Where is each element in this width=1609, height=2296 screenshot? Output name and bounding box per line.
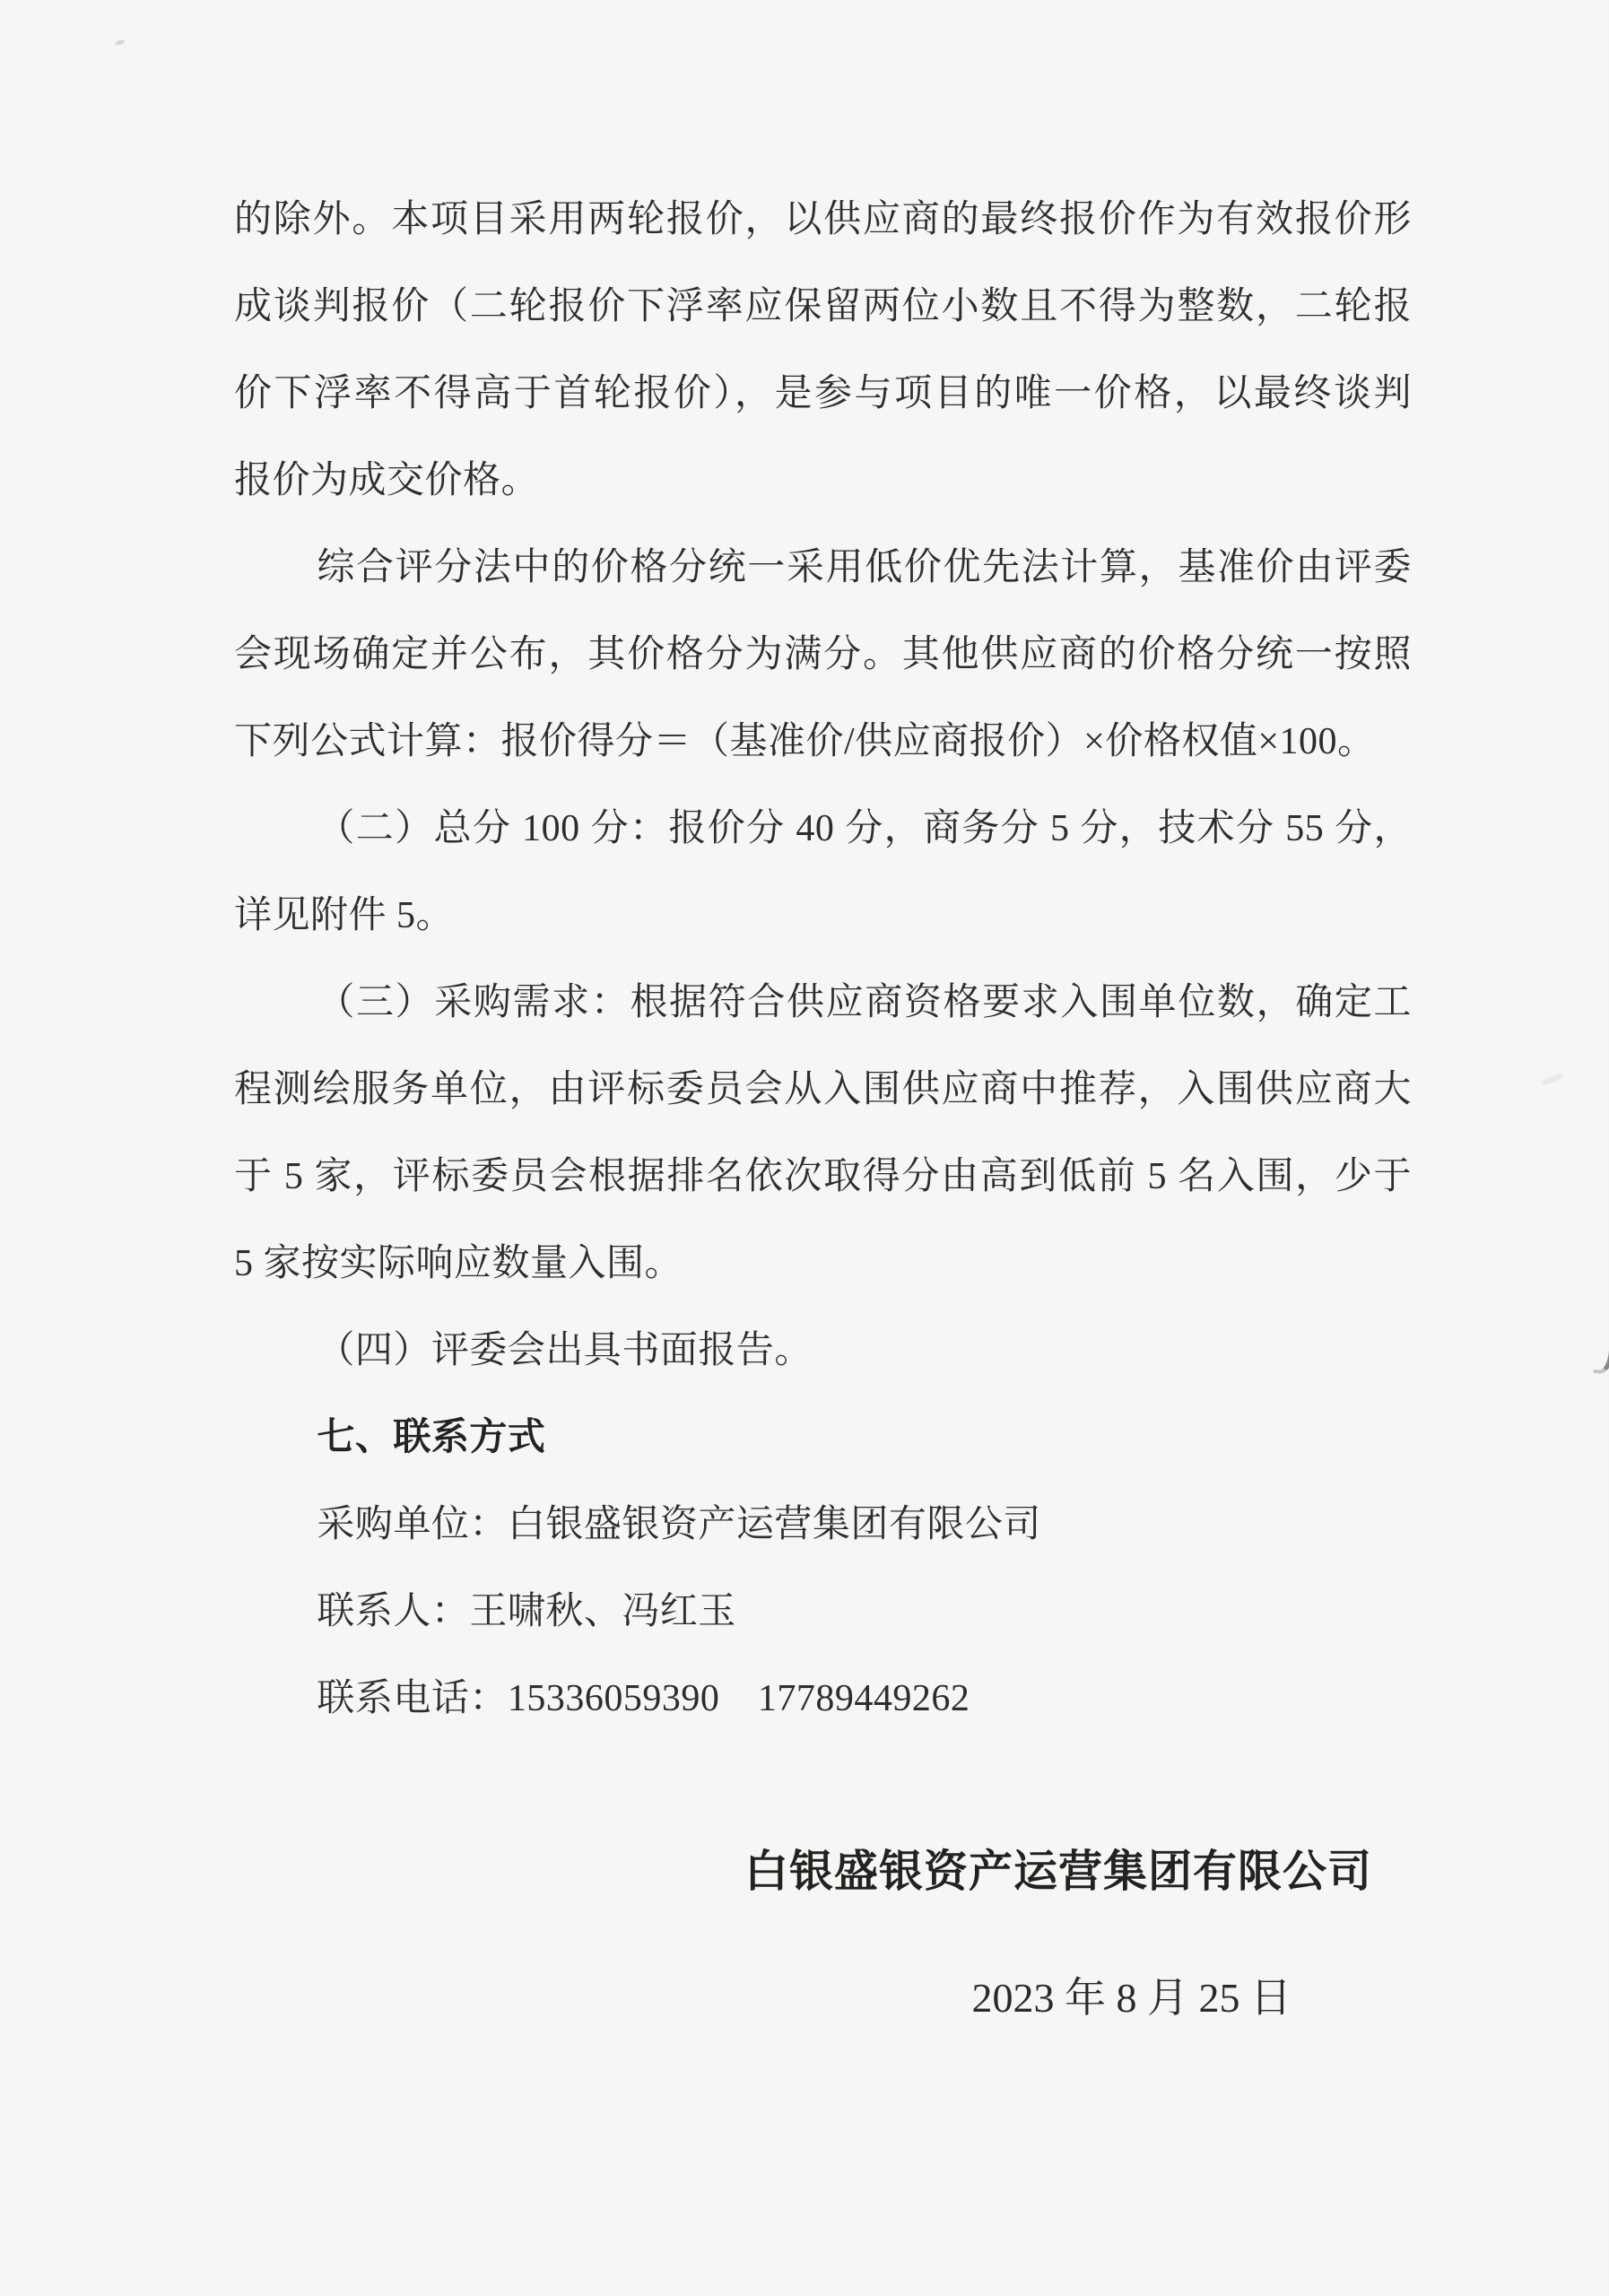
text-line: 程测绘服务单位，由评标委员会从入围供应商中推荐，入围供应商大 — [234, 1047, 1412, 1134]
text-line: （四）评委会出具书面报告。 — [234, 1308, 1412, 1395]
text-line: 5 家按实际响应数量入围。 — [234, 1221, 1412, 1308]
text-line: 详见附件 5。 — [234, 873, 1412, 960]
text-line: 采购单位：白银盛银资产运营集团有限公司 — [234, 1482, 1412, 1569]
scan-smudge-artifact — [1593, 1343, 1609, 1375]
text-line: 价下浮率不得高于首轮报价），是参与项目的唯一价格，以最终谈判 — [234, 351, 1412, 438]
signature-date: 2023 年 8 月 25 日 — [234, 1954, 1412, 2041]
text-line: 联系电话：15336059390 17789449262 — [234, 1656, 1412, 1743]
signature-company-name: 白银盛银资产运营集团有限公司 — [234, 1828, 1412, 1915]
scan-faint-mark-artifact — [1541, 1072, 1565, 1086]
text-line: 的除外。本项目采用两轮报价，以供应商的最终报价作为有效报价形 — [234, 177, 1412, 264]
text-line: 会现场确定并公布，其价格分为满分。其他供应商的价格分统一按照 — [234, 612, 1412, 699]
scan-speck-artifact — [114, 39, 125, 46]
text-line: 下列公式计算：报价得分＝（基准价/供应商报价）×价格权值×100。 — [234, 699, 1412, 786]
signature-block: 白银盛银资产运营集团有限公司 2023 年 8 月 25 日 — [234, 1828, 1412, 2041]
text-line: 报价为成交价格。 — [234, 438, 1412, 525]
text-line: 联系人：王啸秋、冯红玉 — [234, 1569, 1412, 1656]
text-line: （二）总分 100 分：报价分 40 分，商务分 5 分，技术分 55 分， — [234, 786, 1412, 873]
text-line: 于 5 家，评标委员会根据排名依次取得分由高到低前 5 名入围，少于 — [234, 1134, 1412, 1221]
text-line: 七、联系方式 — [234, 1395, 1412, 1482]
document-body: 的除外。本项目采用两轮报价，以供应商的最终报价作为有效报价形成谈判报价（二轮报价… — [234, 177, 1412, 1743]
text-line: 成谈判报价（二轮报价下浮率应保留两位小数且不得为整数，二轮报 — [234, 264, 1412, 351]
text-line: （三）采购需求：根据符合供应商资格要求入围单位数，确定工 — [234, 960, 1412, 1047]
text-line: 综合评分法中的价格分统一采用低价优先法计算，基准价由评委 — [234, 525, 1412, 612]
scanned-document-page: 的除外。本项目采用两轮报价，以供应商的最终报价作为有效报价形成谈判报价（二轮报价… — [0, 0, 1609, 2296]
